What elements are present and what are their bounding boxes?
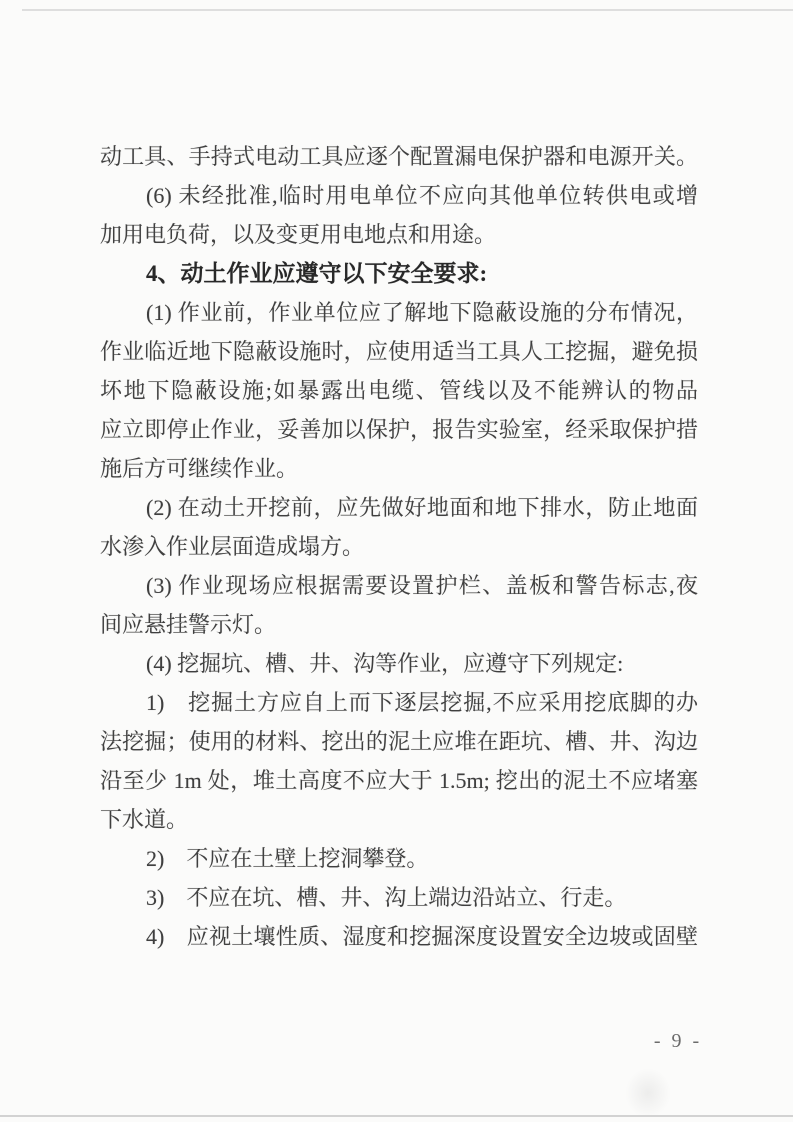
text-line: 沿至少 1m 处，堆土高度不应大于 1.5m; 挖出的泥土不应堵塞 [100,761,698,800]
document-page: 动工具、手持式电动工具应逐个配置漏电保护器和电源开关。(6) 未经批准,临时用电… [0,0,793,1122]
text-line: 作业临近地下隐蔽设施时，应使用适当工具人工挖掘，避免损 [100,332,698,371]
text-line: 法挖掘；使用的材料、挖出的泥土应堆在距坑、槽、井、沟边 [100,722,698,761]
text-line: 动工具、手持式电动工具应逐个配置漏电保护器和电源开关。 [100,137,698,176]
text-line: 坏地下隐蔽设施;如暴露出电缆、管线以及不能辨认的物品时， [100,371,698,410]
page-number: - 9 - [628,1030,728,1053]
text-line: (4) 挖掘坑、槽、井、沟等作业，应遵守下列规定: [100,644,698,683]
text-line: 施后方可继续作业。 [100,449,698,488]
text-line: 应立即停止作业，妥善加以保护，报告实验室，经采取保护措 [100,410,698,449]
text-line: 间应悬挂警示灯。 [100,605,698,644]
scan-artifact-top-edge [22,9,793,11]
text-line: 2) 不应在土壁上挖洞攀登。 [100,839,698,878]
text-line: 加用电负荷，以及变更用电地点和用途。 [100,215,698,254]
document-body: 动工具、手持式电动工具应逐个配置漏电保护器和电源开关。(6) 未经批准,临时用电… [100,137,698,956]
text-line: (1) 作业前，作业单位应了解地下隐蔽设施的分布情况， [100,293,698,332]
text-line: 3) 不应在坑、槽、井、沟上端边沿站立、行走。 [100,878,698,917]
section-heading-line: 4、动土作业应遵守以下安全要求: [100,254,698,293]
text-line: 水渗入作业层面造成塌方。 [100,527,698,566]
text-line: (2) 在动土开挖前，应先做好地面和地下排水，防止地面 [100,488,698,527]
text-line: 下水道。 [100,800,698,839]
text-line: (3) 作业现场应根据需要设置护栏、盖板和警告标志,夜 [100,566,698,605]
text-line: (6) 未经批准,临时用电单位不应向其他单位转供电或增 [100,176,698,215]
text-line: 1) 挖掘土方应自上而下逐层挖掘,不应采用挖底脚的办 [100,683,698,722]
text-line: 4) 应视土壤性质、湿度和挖掘深度设置安全边坡或固壁 [100,917,698,956]
scan-artifact-bottom-edge [0,1115,793,1117]
scan-smudge [625,1068,671,1118]
